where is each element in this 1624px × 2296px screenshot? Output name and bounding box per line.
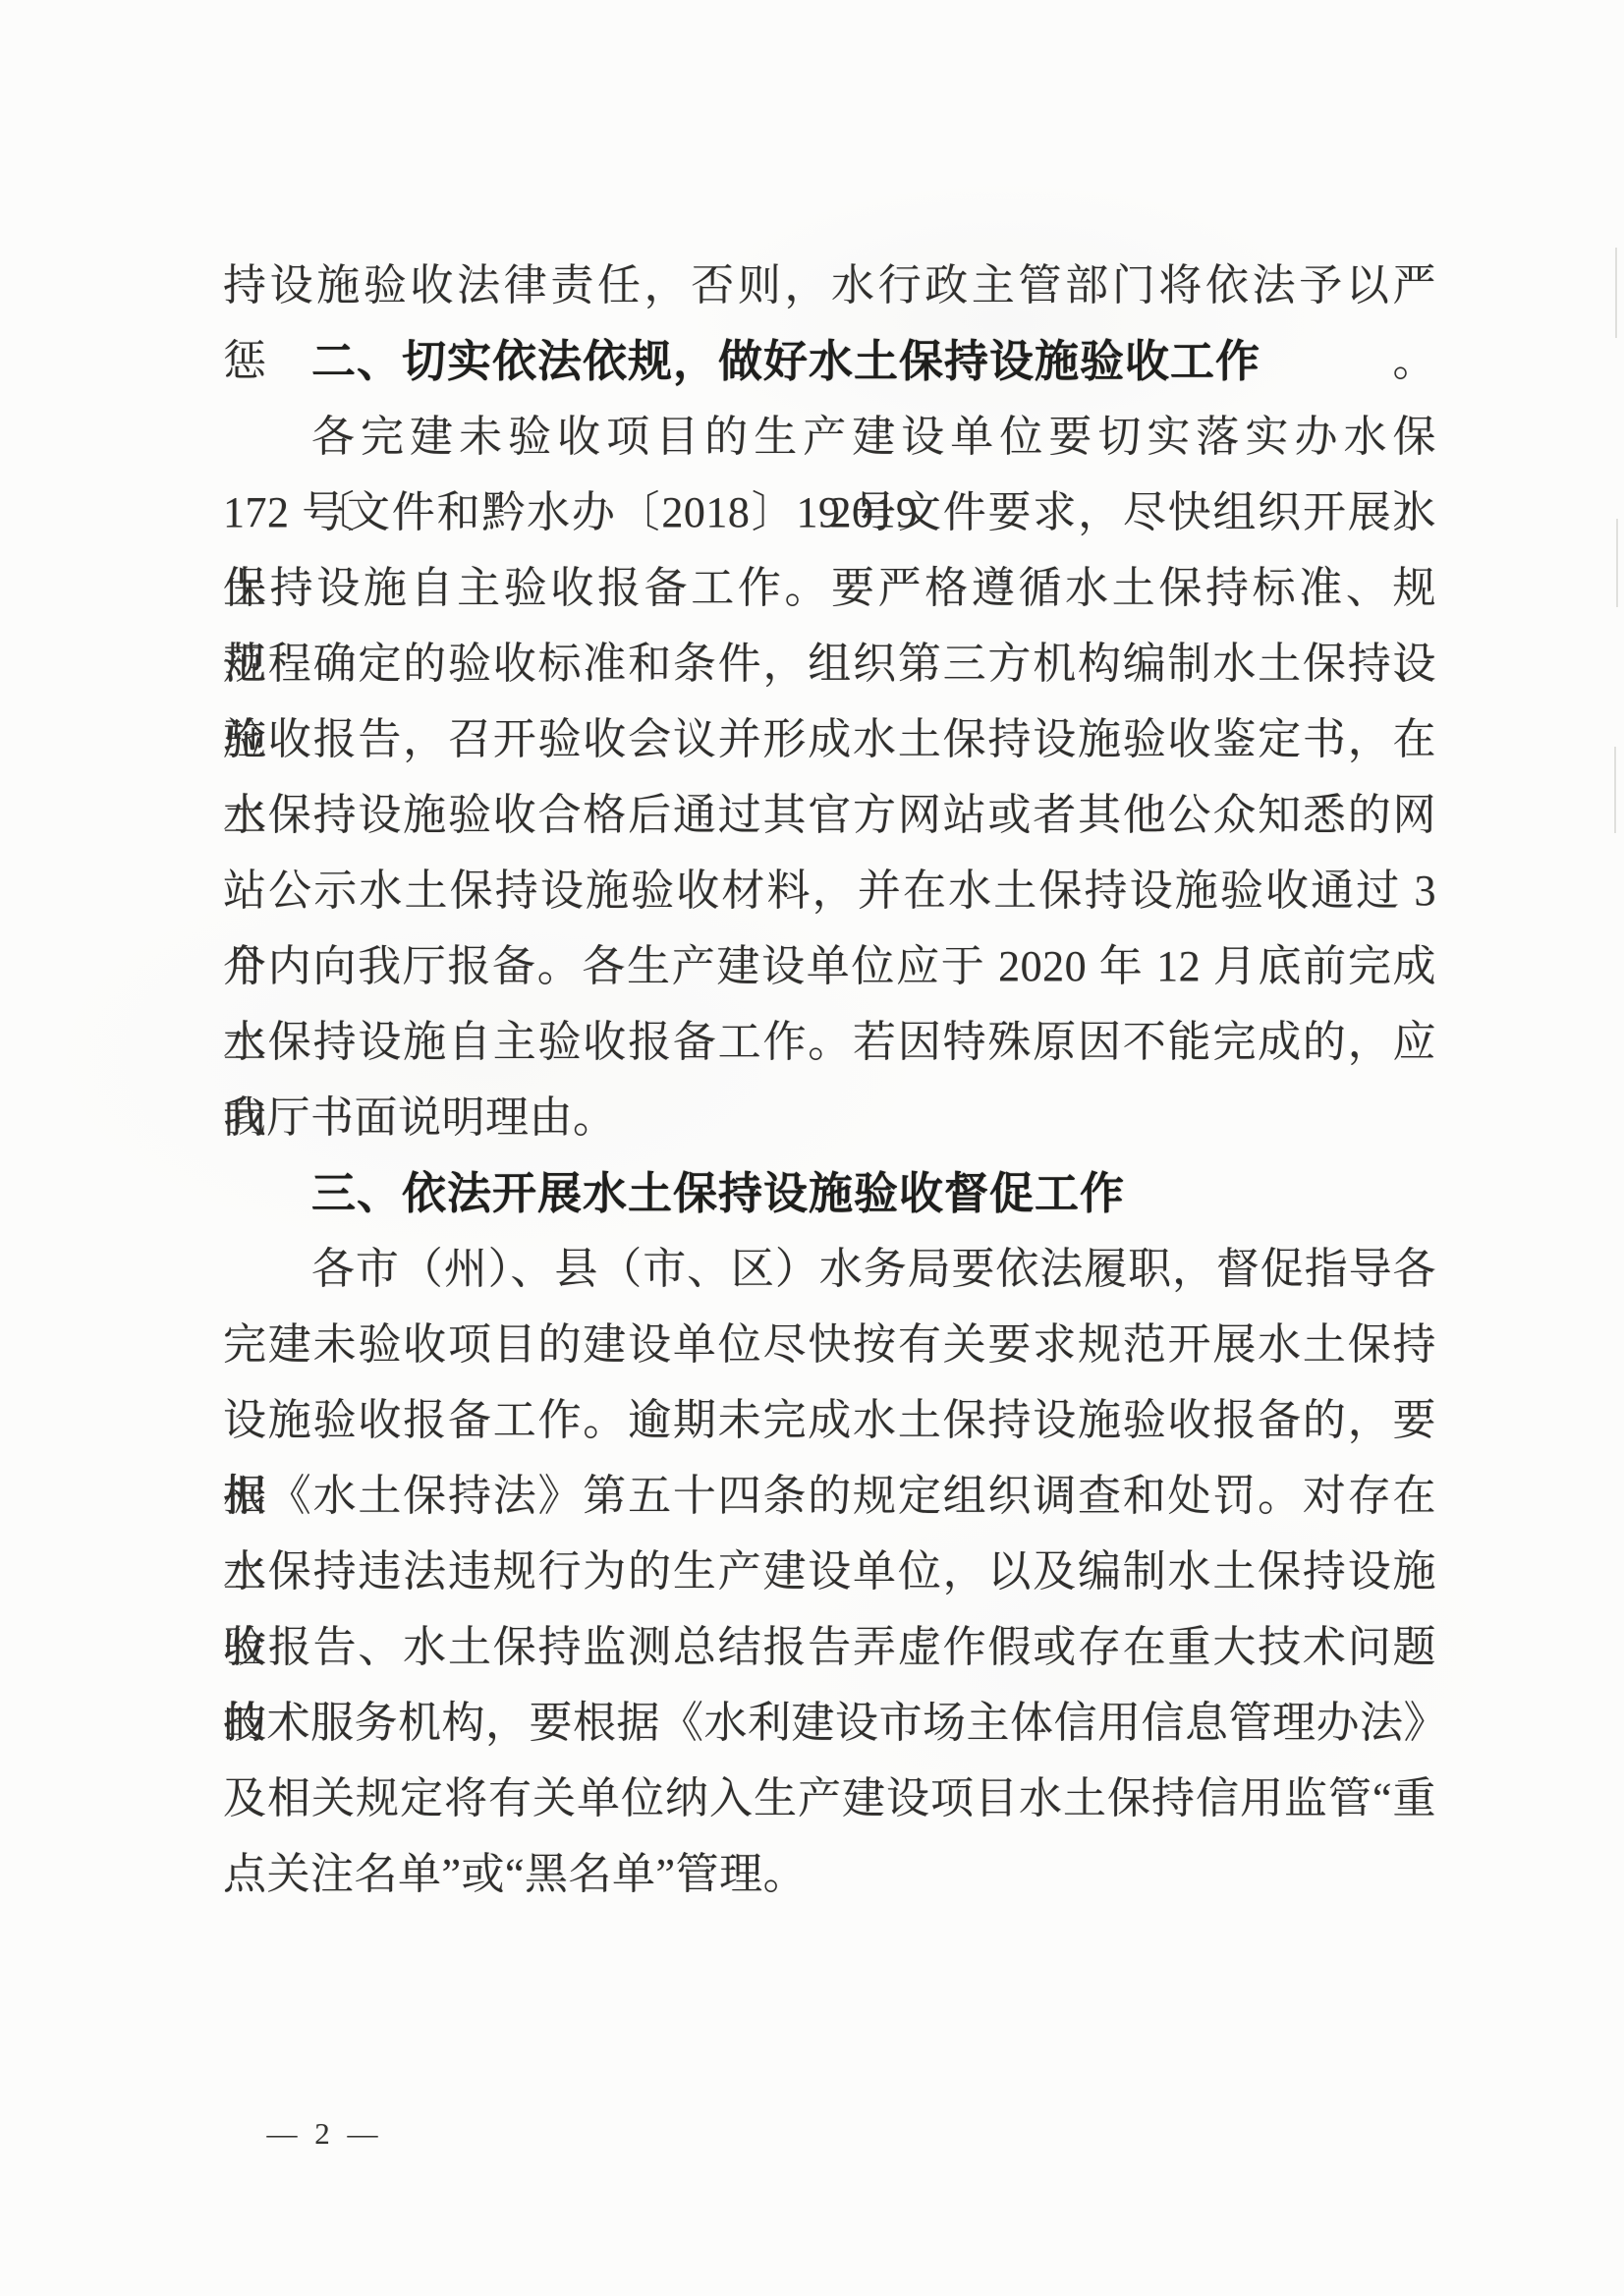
body-line: 验收报告，召开验收会议并形成水土保持设施验收鉴定书，在水 bbox=[223, 701, 1436, 777]
body-line: 172 号文件和黔水办〔2018〕19 号文件要求，尽快组织开展水土 bbox=[223, 475, 1436, 550]
body-line: 规程确定的验收标准和条件，组织第三方机构编制水土保持设施 bbox=[223, 626, 1436, 701]
body-line: 设施验收报备工作。逾期未完成水土保持设施验收报备的，要根 bbox=[223, 1382, 1436, 1458]
body-line: 土保持设施自主验收报备工作。若因特殊原因不能完成的，应向 bbox=[223, 1004, 1436, 1080]
body-line: 保持设施自主验收报备工作。要严格遵循水土保持标准、规范、 bbox=[223, 550, 1436, 626]
body-line: 各完建未验收项目的生产建设单位要切实落实办水保〔2019〕 bbox=[223, 399, 1436, 475]
body-line: 我厅书面说明理由。 bbox=[223, 1080, 1436, 1155]
body-line: 各市（州）、县（市、区）水务局要依法履职，督促指导各 bbox=[223, 1231, 1436, 1307]
document-page: 持设施验收法律责任，否则，水行政主管部门将依法予以严惩。二、切实依法依规，做好水… bbox=[0, 0, 1624, 2296]
body-line: 完建未验收项目的建设单位尽快按有关要求规范开展水土保持 bbox=[223, 1307, 1436, 1382]
body-line: 收报告、水土保持监测总结报告弄虚作假或存在重大技术问题的 bbox=[223, 1609, 1436, 1685]
body-line: 持设施验收法律责任，否则，水行政主管部门将依法予以严惩。 bbox=[223, 248, 1436, 323]
section-heading: 二、切实依法依规，做好水土保持设施验收工作 bbox=[223, 323, 1436, 399]
body-line: 技术服务机构，要根据《水利建设市场主体信用信息管理办法》 bbox=[223, 1685, 1436, 1761]
body-line: 据《水土保持法》第五十四条的规定组织调查和处罚。对存在水 bbox=[223, 1458, 1436, 1534]
body-line: 及相关规定将有关单位纳入生产建设项目水土保持信用监管“重 bbox=[223, 1761, 1436, 1836]
body-line: 土保持设施验收合格后通过其官方网站或者其他公众知悉的网 bbox=[223, 777, 1436, 853]
document-body: 持设施验收法律责任，否则，水行政主管部门将依法予以严惩。二、切实依法依规，做好水… bbox=[223, 248, 1436, 1912]
body-line: 土保持违法违规行为的生产建设单位，以及编制水土保持设施验 bbox=[223, 1534, 1436, 1609]
page-number: — 2 — bbox=[234, 2112, 416, 2156]
body-line: 月内向我厅报备。各生产建设单位应于 2020 年 12 月底前完成水 bbox=[223, 928, 1436, 1004]
scan-artifact bbox=[1616, 519, 1618, 607]
scan-artifact bbox=[1614, 747, 1616, 833]
body-line: 点关注名单”或“黑名单”管理。 bbox=[223, 1836, 1436, 1912]
section-heading: 三、依法开展水土保持设施验收督促工作 bbox=[223, 1155, 1436, 1231]
scan-artifact bbox=[1615, 248, 1617, 338]
body-line: 站公示水土保持设施验收材料，并在水土保持设施验收通过 3 个 bbox=[223, 853, 1436, 928]
